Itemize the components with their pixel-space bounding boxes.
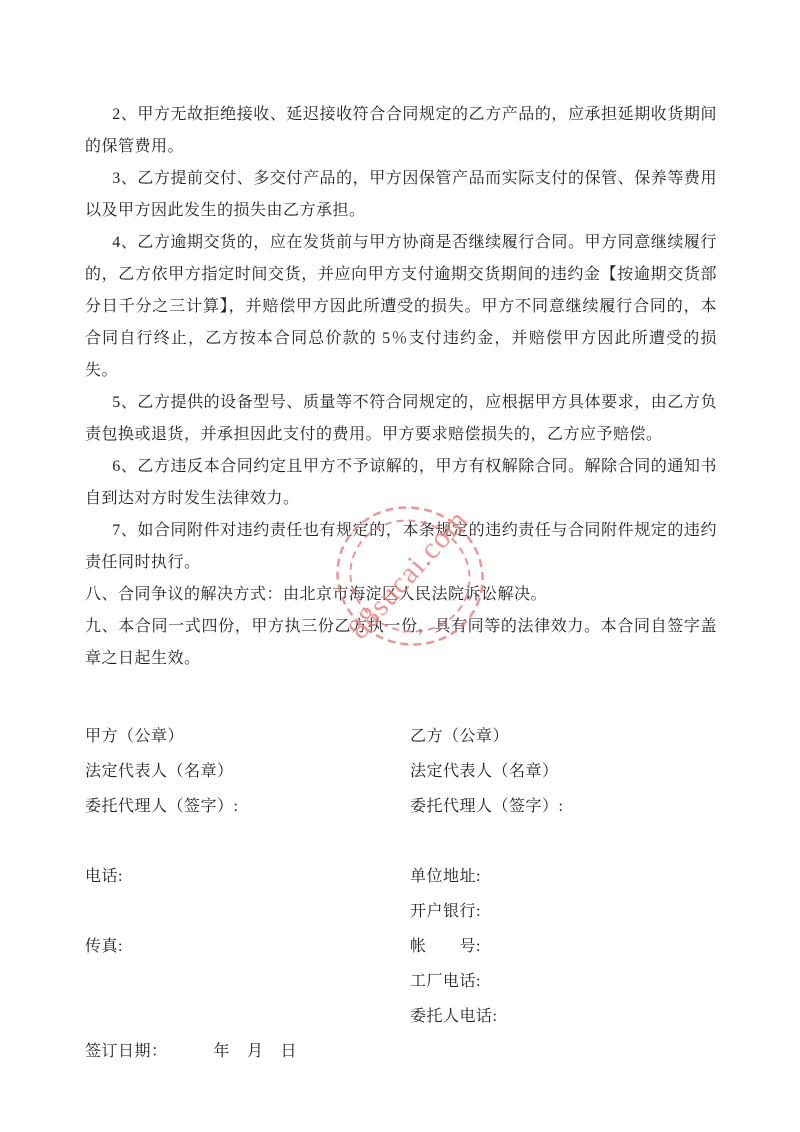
spacer-cell	[85, 894, 410, 929]
sign-date-label: 签订日期：	[85, 1043, 168, 1060]
clause-2: 2、甲方无故拒绝接收、延迟接收符合合同规定的乙方产品的，应承担延期收货期间的保管…	[85, 99, 717, 163]
signature-block: 甲方（公章） 法定代表人（名章） 委托代理人（签字）: 乙方（公章） 法定代表人…	[85, 719, 717, 824]
clause-4: 4、乙方逾期交货的，应在发货前与甲方协商是否继续履行合同。甲方同意继续履行的，乙…	[85, 227, 717, 387]
clause-3: 3、乙方提前交付、多交付产品的，甲方因保管产品而实际支付的保管、保养等费用以及甲…	[85, 163, 717, 227]
clause-6: 6、乙方违反本合同约定且甲方不予谅解的，甲方有权解除合同。解除合同的通知书自到达…	[85, 451, 717, 515]
party-a-phone-label: 电话:	[85, 859, 410, 894]
party-b-representative-label: 法定代表人（名章）	[410, 754, 717, 789]
clause-5: 5、乙方提供的设备型号、质量等不符合同规定的，应根据甲方具体要求，由乙方负责包换…	[85, 387, 717, 451]
sign-date-row: 签订日期：年月日	[85, 1034, 717, 1069]
spacer-cell	[85, 999, 410, 1034]
party-a-agent-label: 委托代理人（签字）:	[85, 789, 410, 824]
contract-page: 2、甲方无故拒绝接收、延迟接收符合合同规定的乙方产品的，应承担延期收货期间的保管…	[85, 99, 717, 1069]
party-b-account-label: 帐 号:	[410, 929, 717, 964]
month-label: 月	[247, 1043, 264, 1060]
party-a-signature-column: 甲方（公章） 法定代表人（名章） 委托代理人（签字）:	[85, 719, 410, 824]
party-b-address-label: 单位地址:	[410, 859, 717, 894]
party-b-agent-label: 委托代理人（签字）:	[410, 789, 717, 824]
party-b-signature-column: 乙方（公章） 法定代表人（名章） 委托代理人（签字）:	[410, 719, 717, 824]
clause-9-copies-effectiveness: 九、本合同一式四份，甲方执三份乙方执一份，具有同等的法律效力。本合同自签字盖章之…	[85, 611, 717, 675]
year-label: 年	[214, 1043, 231, 1060]
contact-block: 电话: 单位地址: 开户银行: 传真: 帐 号: 工厂电话: 委托人电话:	[85, 859, 717, 1034]
party-b-bank-label: 开户银行:	[410, 894, 717, 929]
party-b-agent-phone-label: 委托人电话:	[410, 999, 717, 1034]
day-label: 日	[281, 1043, 298, 1060]
clause-7: 7、如合同附件对违约责任也有规定的，本条规定的违约责任与合同附件规定的违约责任同…	[85, 515, 717, 579]
party-a-fax-label: 传真:	[85, 929, 410, 964]
spacer-cell	[85, 964, 410, 999]
party-a-representative-label: 法定代表人（名章）	[85, 754, 410, 789]
clause-8-dispute-resolution: 八、合同争议的解决方式：由北京市海淀区人民法院诉讼解决。	[85, 579, 717, 611]
party-b-seal-label: 乙方（公章）	[410, 719, 717, 754]
party-a-seal-label: 甲方（公章）	[85, 719, 410, 754]
party-b-factory-phone-label: 工厂电话:	[410, 964, 717, 999]
